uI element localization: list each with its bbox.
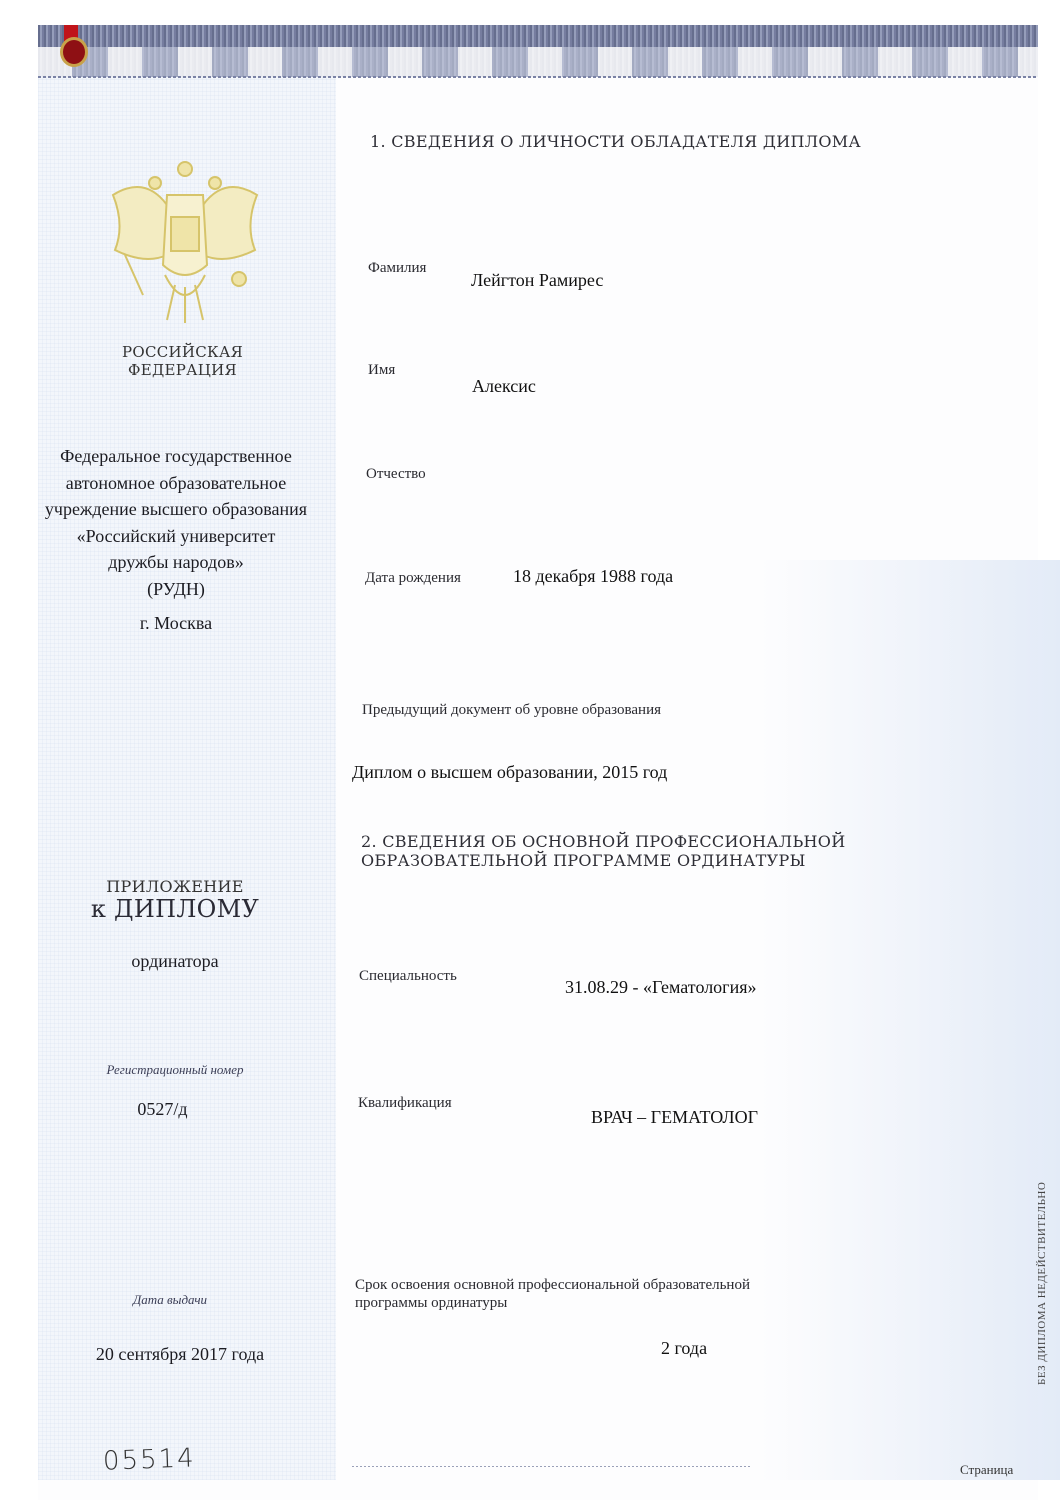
institution-line: (РУДН) — [22, 576, 330, 603]
patronymic-label: Отчество — [366, 466, 426, 483]
holder-type: ординатора — [75, 951, 275, 972]
specialty-value: 31.08.29 - «Гематология» — [565, 977, 756, 998]
section2-title: 2. СВЕДЕНИЯ ОБ ОСНОВНОЙ ПРОФЕССИОНАЛЬНОЙ… — [361, 832, 845, 870]
section2-title-line2: ОБРАЗОВАТЕЛЬНОЙ ПРОГРАММЕ ОРДИНАТУРЫ — [361, 851, 845, 870]
country-line-2: ФЕДЕРАЦИЯ — [100, 361, 265, 379]
grommet-icon — [60, 37, 88, 67]
country-line-1: РОССИЙСКАЯ — [100, 343, 265, 361]
handwritten-number: 05514 — [103, 1443, 197, 1476]
birth-date-value: 18 декабря 1988 года — [513, 566, 673, 587]
section1-title: 1. СВЕДЕНИЯ О ЛИЧНОСТИ ОБЛАДАТЕЛЯ ДИПЛОМ… — [370, 132, 861, 151]
name-label: Имя — [368, 362, 395, 379]
qualification-label: Квалификация — [358, 1095, 452, 1112]
doc-type-line2: к ДИПЛОМУ — [75, 895, 275, 923]
institution-city: г. Москва — [22, 610, 330, 637]
institution-line: учреждение высшего образования — [22, 496, 330, 523]
name-value: Алексис — [472, 376, 536, 397]
issue-date-label: Дата выдачи — [60, 1292, 280, 1308]
duration-label-line1: Срок освоения основной профессиональной … — [355, 1276, 750, 1294]
registration-number: 0527/д — [60, 1099, 265, 1120]
doc-type-line1: ПРИЛОЖЕНИЕ — [75, 877, 275, 896]
dotted-divider — [352, 1466, 752, 1467]
duration-label-line2: программы ординатуры — [355, 1294, 750, 1312]
section2-title-line1: 2. СВЕДЕНИЯ ОБ ОСНОВНОЙ ПРОФЕССИОНАЛЬНОЙ — [361, 832, 845, 851]
security-band — [38, 25, 1038, 77]
birth-date-label: Дата рождения — [365, 570, 461, 587]
security-pattern — [760, 560, 1060, 1480]
coat-of-arms-icon — [105, 155, 265, 325]
duration-label: Срок освоения основной профессиональной … — [355, 1276, 750, 1312]
surname-value: Лейгтон Рамирес — [471, 270, 603, 291]
duration-value: 2 года — [661, 1338, 707, 1359]
page-label: Страница — [960, 1462, 1013, 1478]
issue-date: 20 сентября 2017 года — [60, 1344, 300, 1365]
country-name: РОССИЙСКАЯ ФЕДЕРАЦИЯ — [100, 343, 265, 379]
vertical-note: БЕЗ ДИПЛОМА НЕДЕЙСТВИТЕЛЬНО — [1036, 1182, 1048, 1385]
institution-line: Федеральное государственное — [22, 443, 330, 470]
registration-label: Регистрационный номер — [60, 1062, 290, 1078]
specialty-label: Специальность — [359, 968, 457, 985]
institution-line: «Российский университет — [22, 523, 330, 550]
prev-doc-value: Диплом о высшем образовании, 2015 год — [352, 762, 667, 783]
institution-line: дружбы народов» — [22, 549, 330, 576]
institution-name: Федеральное государственное автономное о… — [22, 443, 330, 637]
band-border — [38, 76, 1038, 78]
prev-doc-label: Предыдущий документ об уровне образовани… — [362, 702, 661, 719]
surname-label: Фамилия — [368, 260, 426, 277]
qualification-value: ВРАЧ – ГЕМАТОЛОГ — [591, 1107, 758, 1128]
institution-line: автономное образовательное — [22, 470, 330, 497]
